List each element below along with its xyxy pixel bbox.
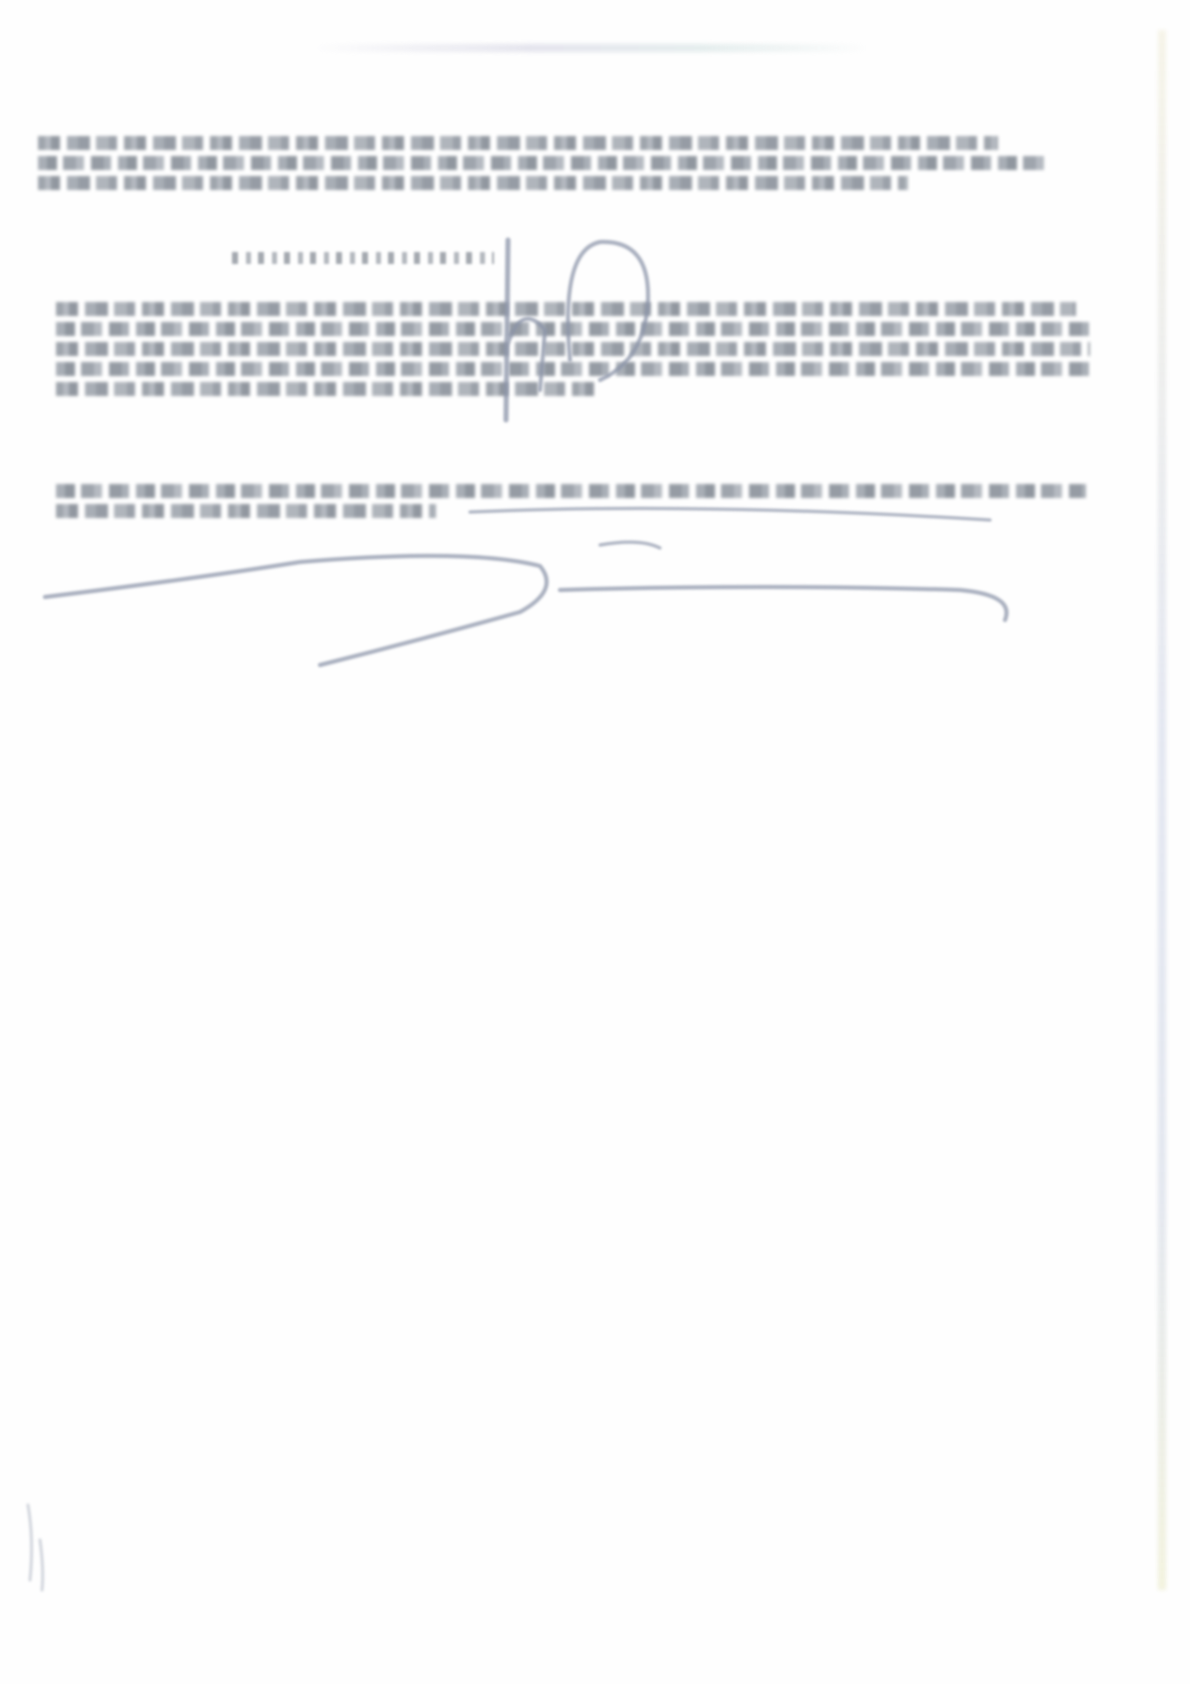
signature-stroke	[506, 240, 508, 420]
margin-mark	[28, 1505, 43, 1590]
signature-tail	[45, 556, 547, 665]
signature-loop	[568, 242, 648, 380]
underline-stroke	[560, 587, 1007, 620]
underline-stroke	[470, 508, 990, 520]
handwritten-ink-layer	[0, 0, 1190, 1684]
underline-stroke	[600, 542, 660, 548]
signature-stroke	[506, 319, 545, 390]
scanned-page: [illegible] [illegible] [illegible] [ill…	[0, 0, 1190, 1684]
